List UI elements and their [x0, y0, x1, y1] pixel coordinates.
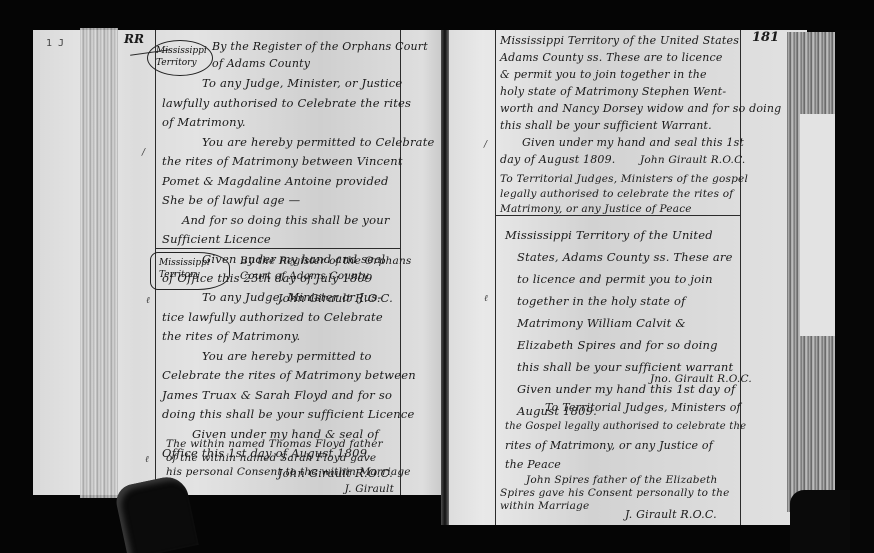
- folio-mark: 1 J: [46, 38, 64, 49]
- text-line: of Matrimony.: [162, 113, 397, 133]
- text-line: Given under my hand and seal this 1st: [500, 134, 738, 151]
- text-line: & permit you to join together in the: [500, 66, 738, 83]
- address-line: the Gospel legally authorised to celebra…: [505, 417, 737, 436]
- heading-line: By the Register of the Orphans: [240, 254, 412, 269]
- text-line: James Truax & Sarah Floyd and for so: [162, 386, 397, 406]
- text-line: Mississippi Territory of the United: [505, 224, 737, 246]
- entry-heading: By the Register of the Orphans Court of …: [240, 254, 412, 284]
- left-page-edges: [80, 28, 118, 498]
- text-line: Elizabeth Spires and for so doing: [505, 334, 737, 356]
- note-line: Spires gave his Consent personally to th…: [500, 487, 738, 500]
- entry-heading: By the Register of the Orphans Court of …: [212, 38, 428, 72]
- text-line: Matrimony William Calvit &: [505, 312, 737, 334]
- note-line: his personal Consent to the within Marri…: [166, 465, 398, 479]
- book-clip: [790, 490, 850, 553]
- consent-note: The within named Thomas Floyd father of …: [166, 437, 398, 496]
- entry-body: Mississippi Territory of the United Stat…: [500, 32, 738, 168]
- margin-tick: ℓ: [145, 454, 149, 465]
- note-line: of the within named Sarah Floyd gave: [166, 451, 398, 465]
- note-line: John Spires father of the Elizabeth: [500, 474, 738, 487]
- text-line: holy state of Matrimony Stephen Went-: [500, 83, 738, 100]
- text-line: this shall be your sufficient Warrant.: [500, 117, 738, 134]
- text-line: To any Judge, Minister, or Justice: [162, 74, 397, 94]
- note-signature: J. Girault: [166, 479, 398, 496]
- heading-line: Court of Adams County: [240, 269, 412, 284]
- text-line: the rites of Matrimony between Vincent: [162, 152, 397, 172]
- margin-label-line: Territory: [159, 269, 221, 281]
- address-line: legally authorised to celebrate the rite…: [500, 187, 738, 202]
- note-line: The within named Thomas Floyd father: [166, 437, 398, 451]
- address-block: To Territorial Judges, Ministers of the …: [505, 398, 737, 474]
- address-line: the Peace: [505, 455, 737, 474]
- text-line: Mississippi Territory of the United Stat…: [500, 32, 738, 49]
- text-line: lawfully authorised to Celebrate the rit…: [162, 94, 397, 114]
- text-line: to licence and permit you to join: [505, 268, 737, 290]
- note-signature: J. Girault R.O.C.: [625, 505, 717, 525]
- address-line: To Territorial Judges, Ministers of: [505, 398, 737, 417]
- address-line: rites of Matrimony, or any Justice of: [505, 436, 737, 455]
- text-line: Adams County ss. These are to licence: [500, 49, 738, 66]
- page-number: 181: [752, 30, 779, 45]
- entry-body: Mississippi Territory of the United Stat…: [505, 224, 737, 422]
- background-shadow: [835, 30, 874, 553]
- text-line: States, Adams County ss. These are: [505, 246, 737, 268]
- signature: John Girault R.O.C.: [640, 151, 745, 171]
- margin-tick: /: [142, 148, 145, 158]
- text-line: To any Judge, Minister or Jus-: [162, 288, 397, 308]
- margin-label-line: Territory: [156, 57, 204, 69]
- book-gutter: [441, 30, 449, 525]
- text-line: the rites of Matrimony.: [162, 327, 397, 347]
- signature: Jno. Girault R.O.C.: [650, 370, 752, 390]
- text-line: Sufficient Licence: [162, 230, 397, 250]
- margin-label-line: Mississippi: [159, 257, 221, 269]
- text-line: tice lawfully authorized to Celebrate: [162, 308, 397, 328]
- address-line: To Territorial Judges, Ministers of the …: [500, 172, 738, 187]
- text-line: She be of lawful age —: [162, 191, 397, 211]
- text-line: worth and Nancy Dorsey widow and for so …: [500, 100, 738, 117]
- margin-tick: ℓ: [146, 295, 150, 306]
- right-margin-rule: [495, 30, 496, 525]
- text-line: You are hereby permitted to Celebrate: [162, 133, 397, 153]
- text-line: Pomet & Magdaline Antoine provided: [162, 172, 397, 192]
- address-block: To Territorial Judges, Ministers of the …: [500, 172, 738, 217]
- margin-oval-label: Mississippi Territory: [147, 40, 213, 76]
- text-line: You are hereby permitted to: [162, 347, 397, 367]
- text-line: doing this shall be your sufficient Lice…: [162, 405, 397, 425]
- margin-tick: ℓ: [484, 293, 488, 304]
- margin-oval-label: Mississippi Territory: [150, 252, 230, 290]
- corner-mark: RR: [124, 32, 144, 46]
- address-line: Matrimony, or any Justice of Peace: [500, 202, 738, 217]
- text-line: together in the holy state of: [505, 290, 737, 312]
- text-line: And for so doing this shall be your: [162, 211, 397, 231]
- heading-line: of Adams County: [212, 55, 428, 72]
- heading-line: By the Register of the Orphans Court: [212, 38, 428, 55]
- text-line: Celebrate the rites of Matrimony between: [162, 366, 397, 386]
- margin-tick: /: [484, 140, 487, 150]
- margin-label-line: Mississippi: [156, 45, 204, 57]
